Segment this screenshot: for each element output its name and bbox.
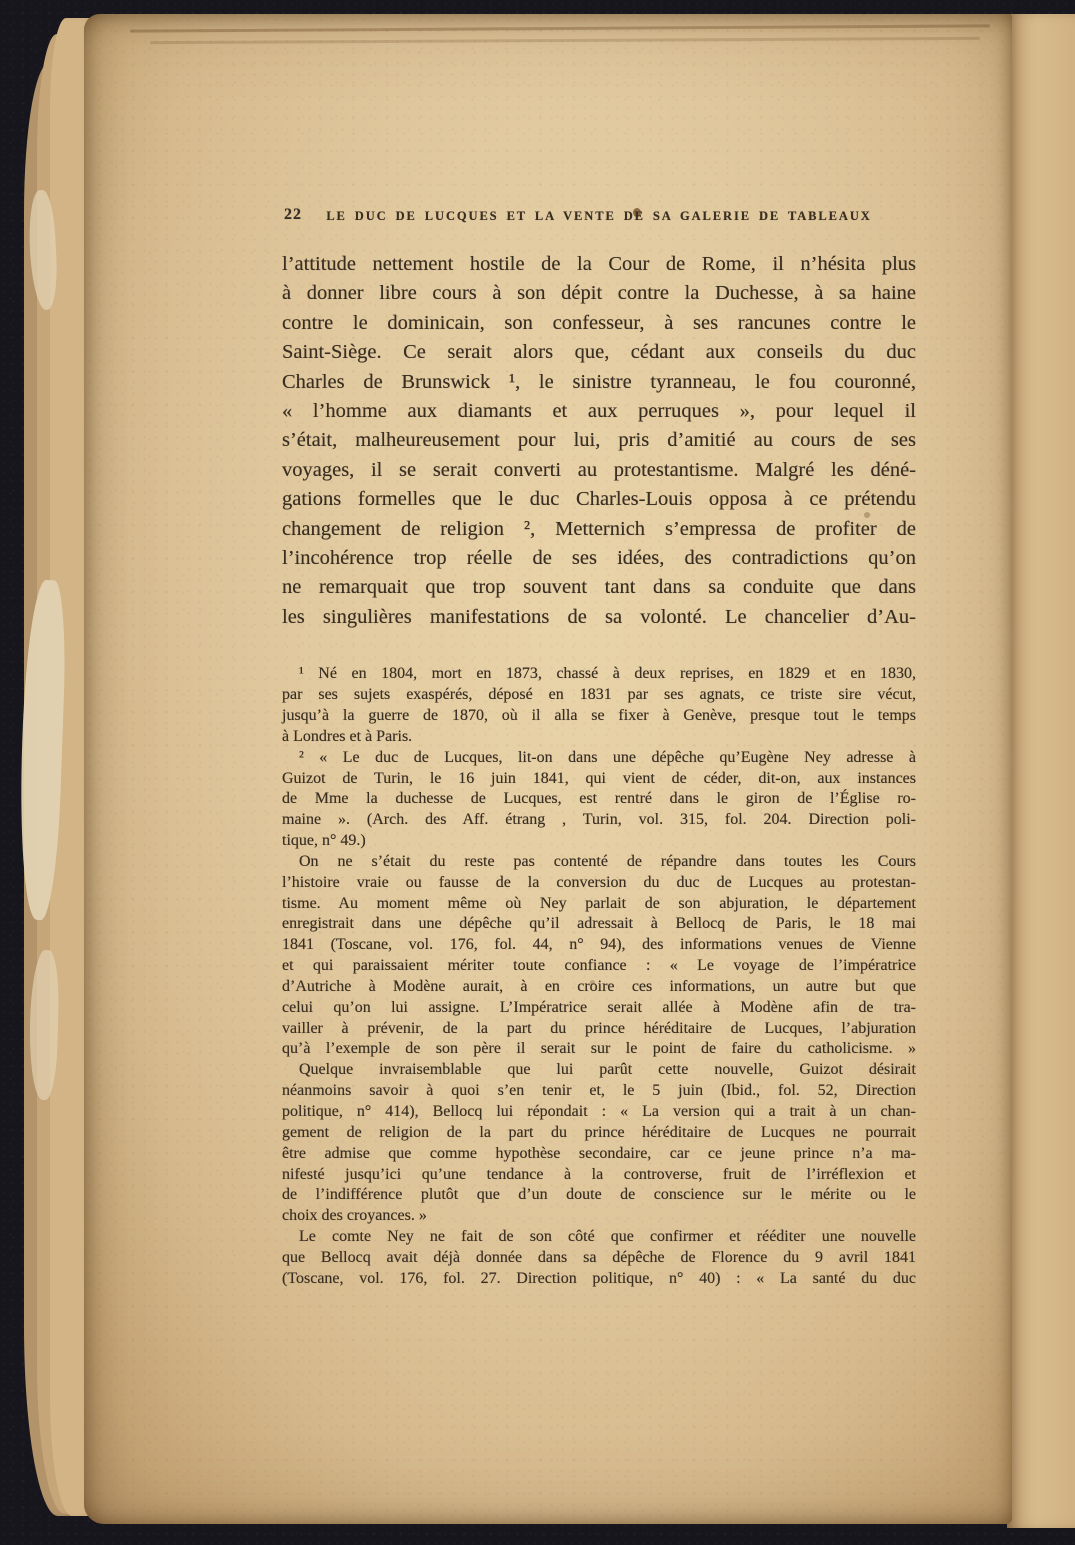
body-line: contre le dominicain, son confesseur, à … xyxy=(282,309,916,338)
body-line: Charles de Brunswick ¹, le sinistre tyra… xyxy=(282,368,916,397)
body-line: Saint-Siège. Ce serait alors que, cédant… xyxy=(282,338,916,367)
footnote-line: tisme. Au moment même où Ney parlait de … xyxy=(282,894,916,915)
footnote-line: vailler à prévenir, de la part du prince… xyxy=(282,1019,916,1040)
footnote-line: par ses sujets exaspérés, déposé en 1831… xyxy=(282,685,916,706)
body-line: gations formelles que le duc Charles-Lou… xyxy=(282,485,916,514)
footnote-line: (Toscane, vol. 176, fol. 27. Direction p… xyxy=(282,1269,916,1290)
footnote-line: On ne s’était du reste pas contenté de r… xyxy=(282,852,916,873)
body-line: à donner libre cours à son dépit contre … xyxy=(282,279,916,308)
running-title: LE DUC DE LUCQUES ET LA VENTE DE SA GALE… xyxy=(282,204,916,224)
footnote-line: ² « Le duc de Lucques, lit-on dans une d… xyxy=(282,748,916,769)
footnote-line: Le comte Ney ne fait de son côté que con… xyxy=(282,1227,916,1248)
footnote-line: enregistrait dans une dépêche qu’il adre… xyxy=(282,914,916,935)
page-number: 22 xyxy=(284,206,302,224)
footnote-line: de l’indifférence plutôt que d’un doute … xyxy=(282,1185,916,1206)
footnote-line: Guizot de Turin, le 16 juin 1841, qui vi… xyxy=(282,769,916,790)
footnote-line: tique, n° 49.) xyxy=(282,831,916,852)
running-header: 22 LE DUC DE LUCQUES ET LA VENTE DE SA G… xyxy=(282,204,916,230)
body-line: l’attitude nettement hostile de la Cour … xyxy=(282,250,916,279)
footnote-line: que Bellocq avait déjà donnée dans sa dé… xyxy=(282,1248,916,1269)
footnote-line: jusqu’à la guerre de 1870, où il alla se… xyxy=(282,706,916,727)
body-line: ne remarquait que trop souvent tant dans… xyxy=(282,573,916,602)
footnote-line: à Londres et à Paris. xyxy=(282,727,916,748)
footnote-line: politique, n° 414), Bellocq lui répondai… xyxy=(282,1102,916,1123)
footnote-line: l’histoire vraie ou fausse de la convers… xyxy=(282,873,916,894)
footnote-line: nifesté jusqu’ici qu’une tendance à la c… xyxy=(282,1165,916,1186)
footnote-line: et qui paraissaient mériter toute confia… xyxy=(282,956,916,977)
footnote-line: Quelque invraisemblable que lui parût ce… xyxy=(282,1060,916,1081)
footnote-line: être admise que comme hypothèse secondai… xyxy=(282,1144,916,1165)
body-line: les singulières manifestations de sa vol… xyxy=(282,603,916,632)
facing-page-gutter xyxy=(1007,14,1075,1528)
footnote-line: choix des croyances. » xyxy=(282,1206,916,1227)
footnote-line: celui qu’on lui assigne. L’Impératrice s… xyxy=(282,998,916,1019)
footnote-line: ¹ Né en 1804, mort en 1873, chassé à deu… xyxy=(282,664,916,685)
body-line: « l’homme aux diamants et aux perruques … xyxy=(282,397,916,426)
body-line: changement de religion ², Metternich s’e… xyxy=(282,515,916,544)
body-line: s’était, malheureusement pour lui, pris … xyxy=(282,426,916,455)
footnote-line: qu’à l’exemple de son père il serait sur… xyxy=(282,1039,916,1060)
footnote-block: ¹ Né en 1804, mort en 1873, chassé à deu… xyxy=(282,664,916,1289)
body-line: voyages, il se serait converti au protes… xyxy=(282,456,916,485)
footnote-line: 1841 (Toscane, vol. 176, fol. 44, n° 94)… xyxy=(282,935,916,956)
body-paragraph: l’attitude nettement hostile de la Cour … xyxy=(282,250,916,632)
body-line: l’incohérence trop réelle de ses idées, … xyxy=(282,544,916,573)
printed-content: 22 LE DUC DE LUCQUES ET LA VENTE DE SA G… xyxy=(282,204,916,1290)
footnote-line: de Mme la duchesse de Lucques, est rentr… xyxy=(282,789,916,810)
footnote-line: maine ». (Arch. des Aff. étrang , Turin,… xyxy=(282,810,916,831)
footnote-line: gement de religion de la part du prince … xyxy=(282,1123,916,1144)
footnote-line: d’Autriche à Modène aurait, à en croire … xyxy=(282,977,916,998)
footnote-line: néanmoins savoir à quoi s’en tenir et, l… xyxy=(282,1081,916,1102)
book-photo: 22 LE DUC DE LUCQUES ET LA VENTE DE SA G… xyxy=(0,0,1075,1545)
